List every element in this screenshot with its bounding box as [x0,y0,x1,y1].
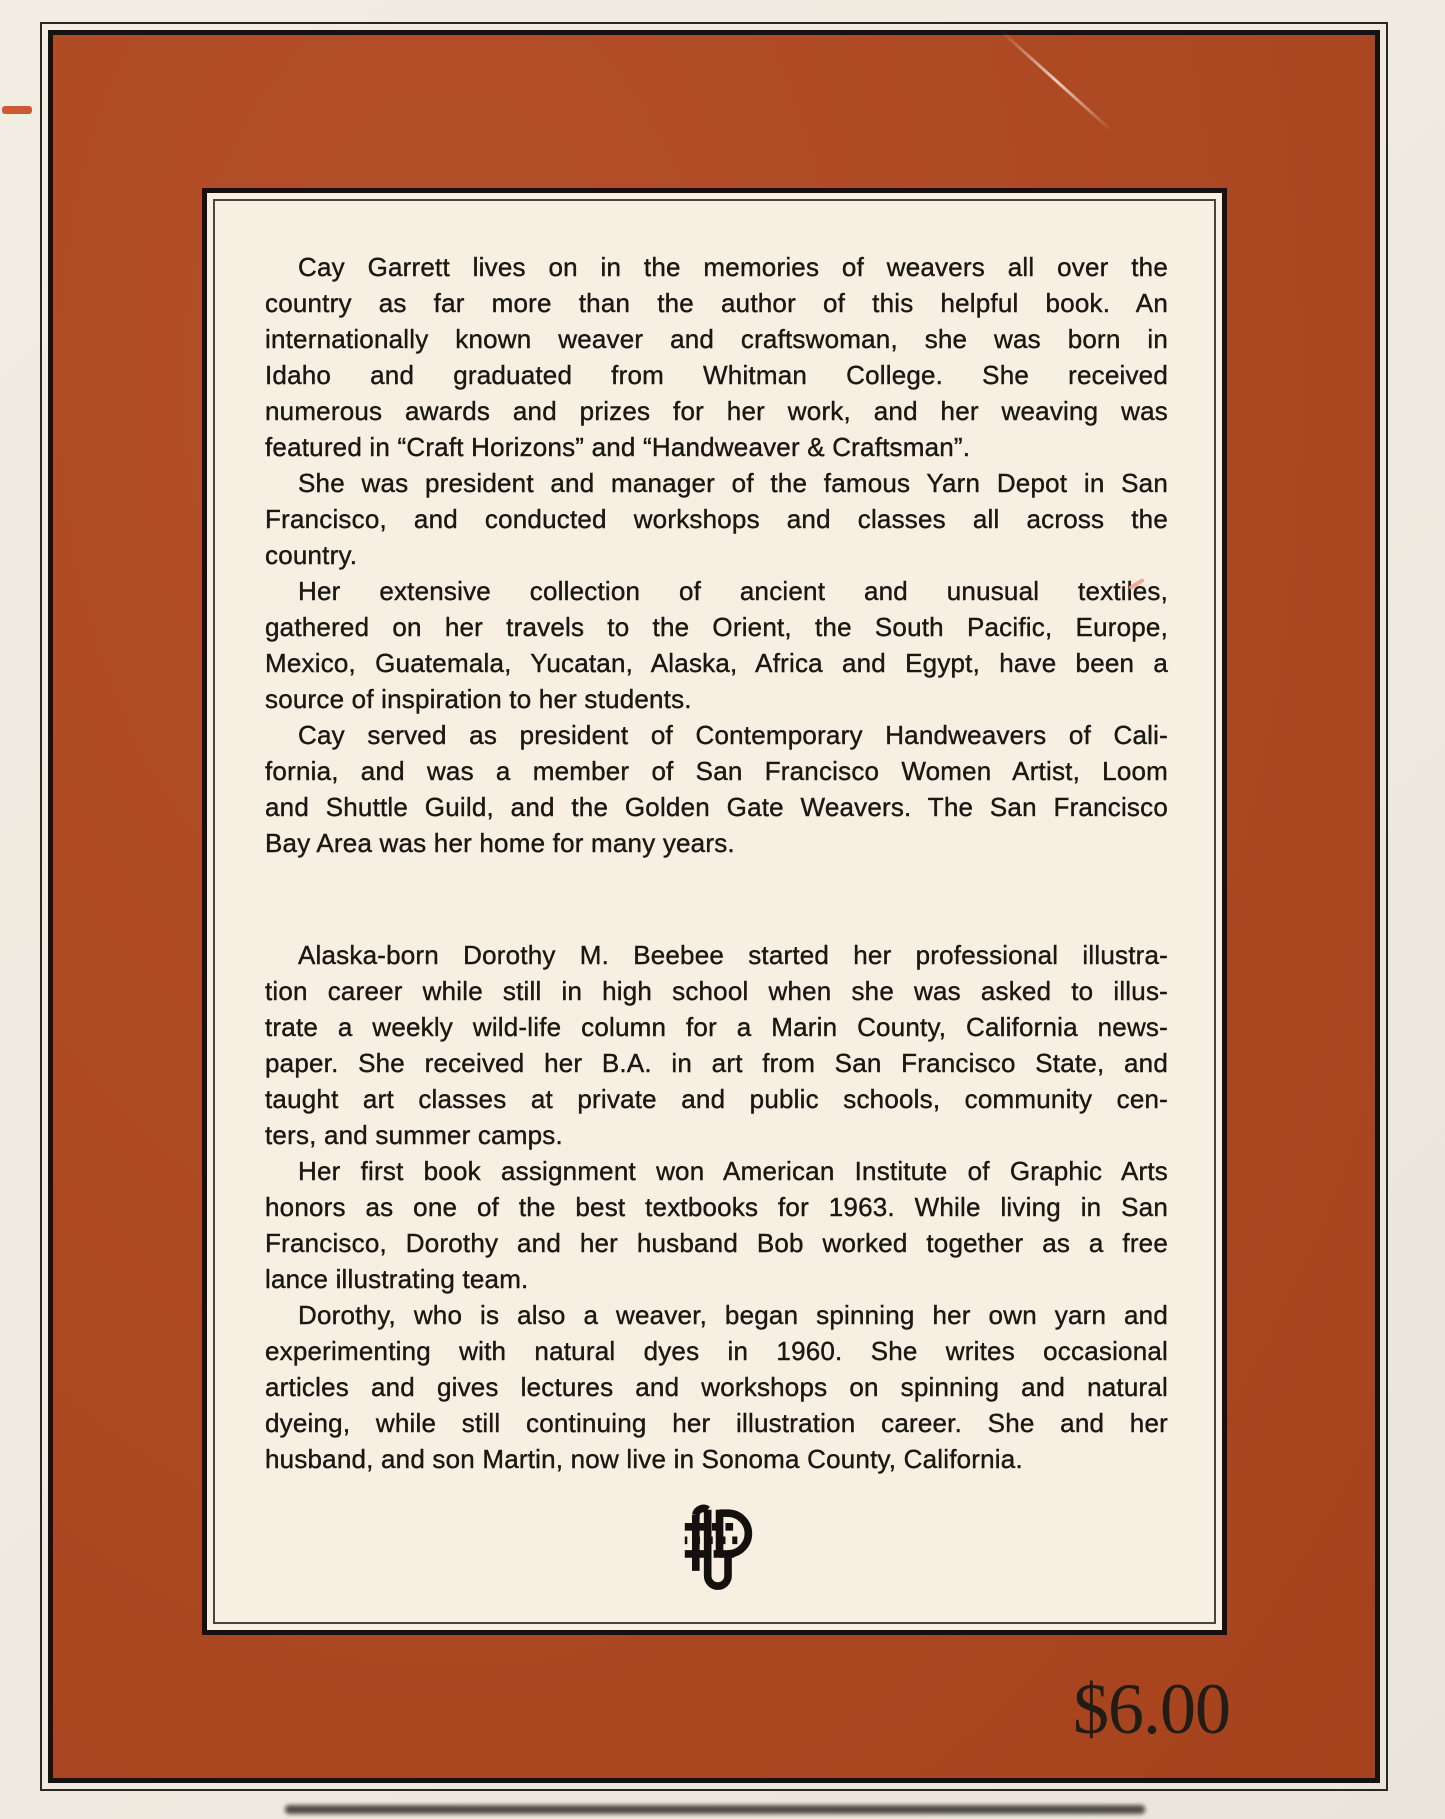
text-line: Francisco, and conducted workshops and c… [265,501,1168,537]
text-line: Alaska-born Dorothy M. Beebee started he… [265,937,1168,973]
text-line: taught art classes at private and public… [265,1081,1168,1117]
paragraph: Alaska-born Dorothy M. Beebee started he… [265,937,1168,1153]
text-line: dyeing, while still continuing her illus… [265,1405,1168,1441]
text-line: honors as one of the best textbooks for … [265,1189,1168,1225]
text-line: Mexico, Guatemala, Yucatan, Alaska, Afri… [265,645,1168,681]
text-line: experimenting with natural dyes in 1960.… [265,1333,1168,1369]
price-label: $6.00 [1073,1668,1230,1751]
text-line: Francisco, Dorothy and her husband Bob w… [265,1225,1168,1261]
scan-red-dash-artifact [2,106,32,114]
paragraph: Cay Garrett lives on in the memories of … [265,249,1168,465]
book-back-cover: Cay Garrett lives on in the memories of … [0,0,1445,1819]
text-line: paper. She received her B.A. in art from… [265,1045,1168,1081]
text-line: featured in “Craft Horizons” and “Handwe… [265,429,1168,465]
paragraph: Cay served as president of Contemporary … [265,717,1168,861]
text-line: articles and gives lectures and workshop… [265,1369,1168,1405]
woven-knot-monogram-icon [678,1574,756,1604]
paragraph: Dorothy, who is also a weaver, began spi… [265,1297,1168,1477]
paragraph: Her extensive collection of ancient and … [265,573,1168,717]
text-line: trate a weekly wild-life column for a Ma… [265,1009,1168,1045]
text-line: Bay Area was her home for many years. [265,825,1168,861]
text-line: gathered on her travels to the Orient, t… [265,609,1168,645]
text-line: Idaho and graduated from Whitman College… [265,357,1168,393]
publisher-logo-row [265,1503,1168,1607]
text-line: country as far more than the author of t… [265,285,1168,321]
paragraph: She was president and manager of the fam… [265,465,1168,573]
text-line: Her extensive collection of ancient and … [265,573,1168,609]
text-line: Cay served as president of Contemporary … [265,717,1168,753]
text-line: country. [265,537,1168,573]
text-line: Cay Garrett lives on in the memories of … [265,249,1168,285]
text-line: ters, and summer camps. [265,1117,1168,1153]
text-line: tion career while still in high school w… [265,973,1168,1009]
cay-garrett-bio: Cay Garrett lives on in the memories of … [265,249,1168,861]
text-line: fornia, and was a member of San Francisc… [265,753,1168,789]
text-line: and Shuttle Guild, and the Golden Gate W… [265,789,1168,825]
bio-panel-inner: Cay Garrett lives on in the memories of … [213,199,1216,1624]
dorothy-beebee-bio: Alaska-born Dorothy M. Beebee started he… [265,937,1168,1477]
text-line: source of inspiration to her students. [265,681,1168,717]
text-line: lance illustrating team. [265,1261,1168,1297]
text-line: numerous awards and prizes for her work,… [265,393,1168,429]
text-line: husband, and son Martin, now live in Son… [265,1441,1168,1477]
text-line: internationally known weaver and craftsw… [265,321,1168,357]
scan-edge-smudge-artifact [285,1805,1145,1814]
paragraph: Her first book assignment won American I… [265,1153,1168,1297]
text-line: Her first book assignment won American I… [265,1153,1168,1189]
text-line: Dorothy, who is also a weaver, began spi… [265,1297,1168,1333]
text-line: She was president and manager of the fam… [265,465,1168,501]
bio-panel: Cay Garrett lives on in the memories of … [202,188,1227,1635]
